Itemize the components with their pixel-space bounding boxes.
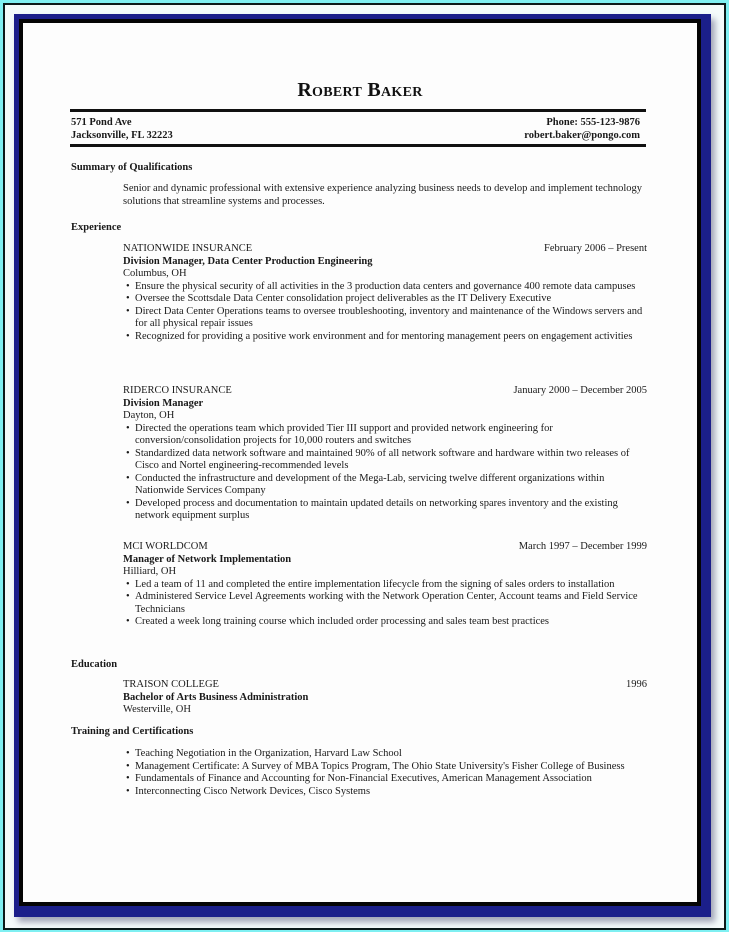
education-heading: Education [71,659,117,670]
job-bullets: Ensure the physical security of all acti… [123,281,647,344]
header-rule-bottom [70,144,646,147]
email[interactable]: robert.baker@pongo.com [524,129,640,142]
header-rule-top [70,109,646,112]
address-block: 571 Pond Ave Jacksonville, FL 32223 [71,116,173,142]
resume-page: Robert Baker 571 Pond Ave Jacksonville, … [19,19,701,906]
job-entry: RIDERCO INSURANCE January 2000 – Decembe… [123,385,647,523]
training-item: Management Certificate: A Survey of MBA … [123,761,647,774]
candidate-name: Robert Baker [23,79,697,102]
job-bullet: Direct Data Center Operations teams to o… [123,306,647,331]
graduation-year: 1996 [626,679,647,692]
job-bullet: Ensure the physical security of all acti… [123,281,647,294]
training-item: Interconnecting Cisco Network Devices, C… [123,786,647,799]
job-dates: March 1997 – December 1999 [519,541,647,554]
address-line2: Jacksonville, FL 32223 [71,129,173,142]
job-location: Dayton, OH [123,410,647,423]
experience-heading: Experience [71,222,121,233]
job-dates: January 2000 – December 2005 [513,385,647,398]
summary-text: Senior and dynamic professional with ext… [123,183,653,208]
job-dates: February 2006 – Present [544,243,647,256]
education-entry: TRAISON COLLEGE 1996 Bachelor of Arts Bu… [123,679,647,717]
training-item: Teaching Negotiation in the Organization… [123,748,647,761]
job-title: Division Manager, Data Center Production… [123,256,647,269]
job-bullet: Administered Service Level Agreements wo… [123,591,647,616]
job-location: Hilliard, OH [123,566,647,579]
job-title: Division Manager [123,398,647,411]
job-company: RIDERCO INSURANCE [123,385,232,398]
job-company: MCI WORLDCOM [123,541,208,554]
job-bullet: Created a week long training course whic… [123,616,647,629]
phone: Phone: 555-123-9876 [524,116,640,129]
job-bullet: Conducted the infrastructure and develop… [123,473,647,498]
job-location: Columbus, OH [123,268,647,281]
contact-block: Phone: 555-123-9876 robert.baker@pongo.c… [524,116,640,142]
training-list: Teaching Negotiation in the Organization… [123,748,647,798]
address-line1: 571 Pond Ave [71,116,173,129]
degree: Bachelor of Arts Business Administration [123,692,647,705]
school-location: Westerville, OH [123,704,647,717]
summary-heading: Summary of Qualifications [71,162,192,173]
job-bullet: Recognized for providing a positive work… [123,331,647,344]
job-bullets: Led a team of 11 and completed the entir… [123,579,647,629]
job-title: Manager of Network Implementation [123,554,647,567]
job-bullet: Developed process and documentation to m… [123,498,647,523]
job-bullet: Led a team of 11 and completed the entir… [123,579,647,592]
job-bullets: Directed the operations team which provi… [123,423,647,523]
training-heading: Training and Certifications [71,726,193,737]
job-entry: MCI WORLDCOM March 1997 – December 1999 … [123,541,647,629]
school-name: TRAISON COLLEGE [123,679,219,692]
job-bullet: Standardized data network software and m… [123,448,647,473]
job-bullet: Oversee the Scottsdale Data Center conso… [123,293,647,306]
job-bullet: Directed the operations team which provi… [123,423,647,448]
job-entry: NATIONWIDE INSURANCE February 2006 – Pre… [123,243,647,343]
job-company: NATIONWIDE INSURANCE [123,243,252,256]
training-item: Fundamentals of Finance and Accounting f… [123,773,647,786]
